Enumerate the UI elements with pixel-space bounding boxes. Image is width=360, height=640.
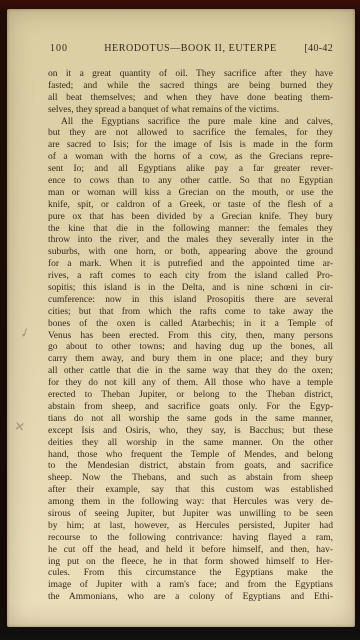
text-line: suburbs, with one horn, or both, appeari… <box>48 247 333 259</box>
paragraph: on it a great quantity of oil. They sacr… <box>48 69 333 117</box>
text-line: hand, those who frequent the Temple of M… <box>48 450 333 462</box>
text-line: All the Egyptians sacrifice the pure mal… <box>48 117 333 129</box>
text-line: cules. From this circumstance the Egypti… <box>48 568 333 580</box>
text-line: Venus has been erected. From this city, … <box>48 331 333 343</box>
text-line: for a mark. When it is putrefied and the… <box>48 259 333 271</box>
text-line: tians do not all worship the same gods i… <box>48 414 333 426</box>
text-line: sheep. Now the Thebans, and such as abst… <box>48 473 333 485</box>
text-line: pure ox that has been divided by a Greci… <box>48 212 333 224</box>
text-line: selves, they spread a banquet of what re… <box>48 105 333 117</box>
text-line: by him; at last, however, as Hercules pe… <box>48 521 333 533</box>
text-line: bones of the oxen is called Atarbechis; … <box>48 319 333 331</box>
text-line: among them in the following way: that He… <box>48 497 333 509</box>
text-line: fasted; and while the sacred things are … <box>48 81 333 93</box>
pencil-mark-icon: ✕ <box>13 419 26 435</box>
text-line: cities; but that from which the rafts co… <box>48 307 333 319</box>
text-line: of a woman with the horns of a cow, as t… <box>48 152 333 164</box>
paragraph: All the Egyptians sacrifice the pure mal… <box>48 117 333 605</box>
text-line: all beat themselves; and when they have … <box>48 93 333 105</box>
text-line: but they are not allowed to sacrifice th… <box>48 128 333 140</box>
text-line: cumference: now in this island Prosopiti… <box>48 295 333 307</box>
text-line: ence to cows than to any other cattle. S… <box>48 176 333 188</box>
text-line: all other cattle that die in the same wa… <box>48 366 333 378</box>
text-line: knife, spit, or caldron of a Greek, or t… <box>48 200 333 212</box>
text-line: for they do not kill any of them. All th… <box>48 378 333 390</box>
text-line: he cut off the head, and held it before … <box>48 545 333 557</box>
text-line: the kine that die in the following manne… <box>48 224 333 236</box>
text-line: throw into the river, and the males they… <box>48 235 333 247</box>
text-block: on it a great quantity of oil. They sacr… <box>48 69 333 604</box>
text-line: to the Mendesian district, abstain from … <box>48 461 333 473</box>
text-line: go about to other towns; and having dug … <box>48 342 333 354</box>
text-line: on it a great quantity of oil. They sacr… <box>48 69 333 81</box>
text-line: sent Io; and all Egyptians alike pay a f… <box>48 164 333 176</box>
section-range: [40-42 <box>305 43 333 54</box>
text-line: except Isis and Osiris, who, they say, i… <box>48 426 333 438</box>
text-line: ing put on the fleece, he in that form s… <box>48 557 333 569</box>
text-line: image of Jupiter with a ram's face; and … <box>48 580 333 592</box>
page-header: 100 HERODOTUS—BOOK II, EUTERPE [40-42 <box>48 43 333 57</box>
text-line: are sacred to Isis; for the image of Isi… <box>48 140 333 152</box>
text-line: erected to Theban Jupiter, or belong to … <box>48 390 333 402</box>
running-title: HERODOTUS—BOOK II, EUTERPE <box>48 43 333 54</box>
text-line: sirous of seeing Jupiter, but Jupiter wa… <box>48 509 333 521</box>
text-line: the Ammonians, who are a colony of Egypt… <box>48 592 333 604</box>
text-line: carry them away, and bury them in one pl… <box>48 354 333 366</box>
text-line: man or woman will kiss a Grecian on the … <box>48 188 333 200</box>
text-line: recourse to the following contrivance: h… <box>48 533 333 545</box>
text-line: after their example, say that this custo… <box>48 485 333 497</box>
text-line: deities they all worship in the same man… <box>48 438 333 450</box>
page-number: 100 <box>50 43 68 54</box>
text-line: sopitis; this island is in the Delta, an… <box>48 283 333 295</box>
text-line: abstain from sheep, and sacrifice goats … <box>48 402 333 414</box>
book-page: 100 HERODOTUS—BOOK II, EUTERPE [40-42 on… <box>7 9 355 627</box>
text-line: rives, a raft comes to each city from th… <box>48 271 333 283</box>
